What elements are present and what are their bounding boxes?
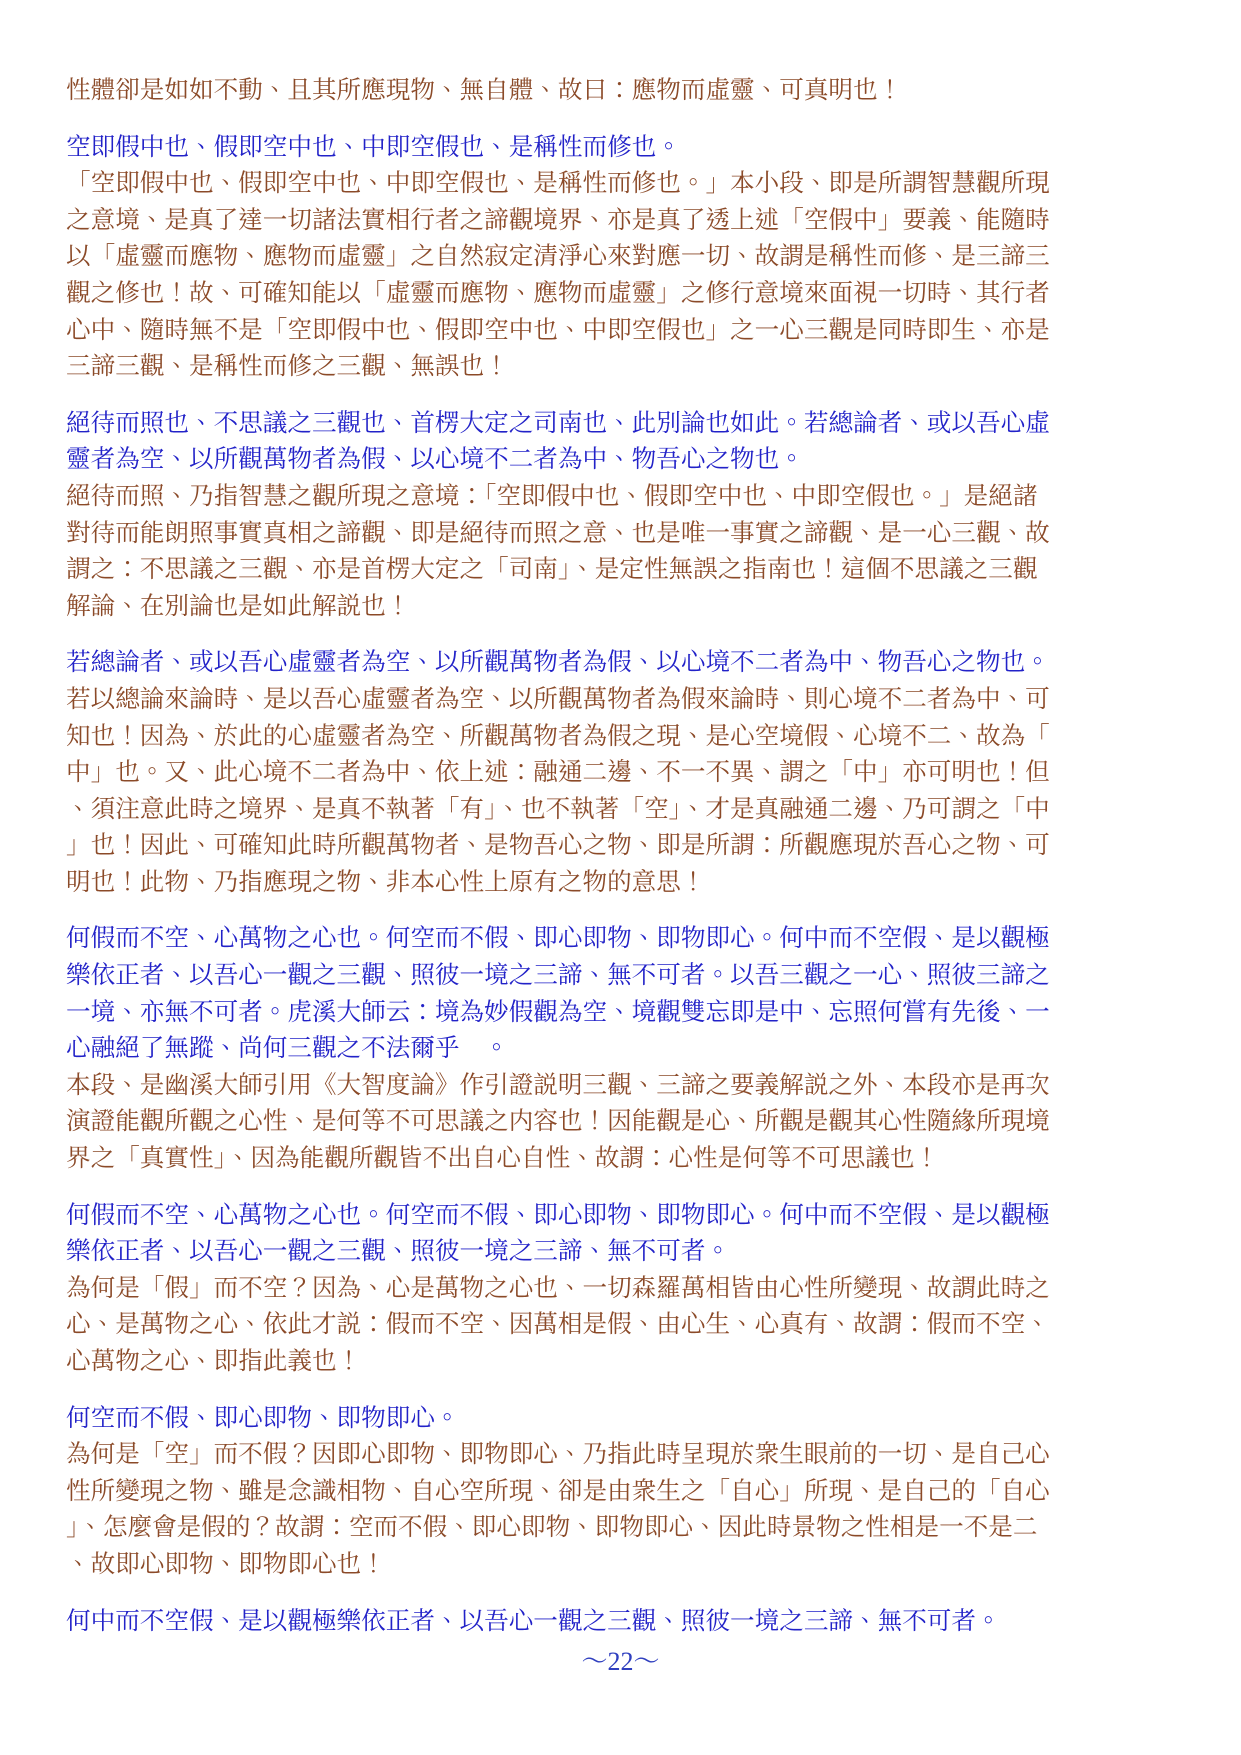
text-line: 以「虛靈而應物、應物而虛靈」之自然寂定清淨心來對應一切、故謂是稱性而修、是三諦三 (66, 238, 1196, 275)
text-line: 性所變現之物、雖是念識相物、自心空所現、卻是由衆生之「自心」所現、是自己的「自心 (66, 1473, 1196, 1510)
text-line: 若總論者、或以吾心虛靈者為空、以所觀萬物者為假、以心境不二者為中、物吾心之物也。 (66, 644, 1196, 681)
text-line: 「空即假中也、假即空中也、中即空假也、是稱性而修也。」本小段、即是所謂智慧觀所現 (66, 165, 1196, 202)
text-line: 心中、隨時無不是「空即假中也、假即空中也、中即空假也」之一心三觀是同時即生、亦是 (66, 312, 1196, 349)
text-segment-commentary: 「空即假中也、假即空中也、中即空假也、是稱性而修也。」本小段、即是所謂智慧觀所現… (66, 165, 1196, 385)
page-number: ～22～ (581, 1647, 659, 1676)
paragraph: 性體卻是如如不動、且其所應現物、無自體、故曰：應物而虛靈、可真明也！ (66, 72, 1196, 109)
text-segment-commentary: 性體卻是如如不動、且其所應現物、無自體、故曰：應物而虛靈、可真明也！ (66, 72, 1196, 109)
text-line: 絕待而照也、不思議之三觀也、首楞大定之司南也、此別論也如此。若總論者、或以吾心虛 (66, 405, 1196, 442)
text-segment-commentary: 為何是「假」而不空？因為、心是萬物之心也、一切森羅萬相皆由心性所變現、故謂此時之… (66, 1270, 1196, 1380)
text-line: 界之「真實性」、因為能觀所觀皆不出自心自性、故謂：心性是何等不可思議也！ (66, 1140, 1196, 1177)
text-segment-commentary: 若以總論來論時、是以吾心虛靈者為空、以所觀萬物者為假來論時、則心境不二者為中、可… (66, 681, 1196, 901)
text-line: 性體卻是如如不動、且其所應現物、無自體、故曰：應物而虛靈、可真明也！ (66, 72, 1196, 109)
text-segment-commentary: 本段、是幽溪大師引用《大智度論》作引證説明三觀、三諦之要義解説之外、本段亦是再次… (66, 1067, 1196, 1177)
text-line: 觀之修也！故、可確知能以「虛靈而應物、應物而虛靈」之修行意境來面視一切時、其行者 (66, 275, 1196, 312)
text-line: 心、是萬物之心、依此才説：假而不空、因萬相是假、由心生、心真有、故謂：假而不空、 (66, 1306, 1196, 1343)
text-line: 為何是「空」而不假？因即心即物、即物即心、乃指此時呈現於衆生眼前的一切、是自己心 (66, 1436, 1196, 1473)
text-line: 中」也。又、此心境不二者為中、依上述：融通二邊、不一不異、謂之「中」亦可明也！但 (66, 754, 1196, 791)
text-line: 空即假中也、假即空中也、中即空假也、是稱性而修也。 (66, 129, 1196, 166)
document-page: 性體卻是如如不動、且其所應現物、無自體、故曰：應物而虛靈、可真明也！空即假中也、… (0, 0, 1241, 1755)
text-line: 」也！因此、可確知此時所觀萬物者、是物吾心之物、即是所謂：所觀應現於吾心之物、可 (66, 827, 1196, 864)
text-line: 絕待而照、乃指智慧之觀所現之意境：「空即假中也、假即空中也、中即空假也。」是絕諸 (66, 478, 1196, 515)
text-line: 之意境、是真了達一切諸法實相行者之諦觀境界、亦是真了透上述「空假中」要義、能隨時 (66, 202, 1196, 239)
paragraph: 若總論者、或以吾心虛靈者為空、以所觀萬物者為假、以心境不二者為中、物吾心之物也。… (66, 644, 1196, 900)
text-line: 」、怎麼會是假的？故謂：空而不假、即心即物、即物即心、因此時景物之性相是一不是二 (66, 1509, 1196, 1546)
paragraph: 空即假中也、假即空中也、中即空假也、是稱性而修也。「空即假中也、假即空中也、中即… (66, 129, 1196, 385)
text-segment-commentary: 為何是「空」而不假？因即心即物、即物即心、乃指此時呈現於衆生眼前的一切、是自己心… (66, 1436, 1196, 1582)
paragraph: 何空而不假、即心即物、即物即心。為何是「空」而不假？因即心即物、即物即心、乃指此… (66, 1400, 1196, 1583)
text-segment-heading: 何中而不空假、是以觀極樂依正者、以吾心一觀之三觀、照彼一境之三諦、無不可者。 (66, 1603, 1196, 1640)
text-line: 何假而不空、心萬物之心也。何空而不假、即心即物、即物即心。何中而不空假、是以觀極 (66, 1197, 1196, 1234)
text-segment-heading: 空即假中也、假即空中也、中即空假也、是稱性而修也。 (66, 129, 1196, 166)
text-line: 本段、是幽溪大師引用《大智度論》作引證説明三觀、三諦之要義解説之外、本段亦是再次 (66, 1067, 1196, 1104)
text-line: 、故即心即物、即物即心也！ (66, 1546, 1196, 1583)
text-segment-heading: 絕待而照也、不思議之三觀也、首楞大定之司南也、此別論也如此。若總論者、或以吾心虛… (66, 405, 1196, 478)
paragraph: 絕待而照也、不思議之三觀也、首楞大定之司南也、此別論也如此。若總論者、或以吾心虛… (66, 405, 1196, 625)
text-segment-commentary: 絕待而照、乃指智慧之觀所現之意境：「空即假中也、假即空中也、中即空假也。」是絕諸… (66, 478, 1196, 624)
paragraph: 何中而不空假、是以觀極樂依正者、以吾心一觀之三觀、照彼一境之三諦、無不可者。 (66, 1603, 1196, 1640)
text-line: 對待而能朗照事實真相之諦觀、即是絕待而照之意、也是唯一事實之諦觀、是一心三觀、故 (66, 515, 1196, 552)
paragraph: 何假而不空、心萬物之心也。何空而不假、即心即物、即物即心。何中而不空假、是以觀極… (66, 1197, 1196, 1380)
text-line: 心萬物之心、即指此義也！ (66, 1343, 1196, 1380)
text-segment-heading: 何假而不空、心萬物之心也。何空而不假、即心即物、即物即心。何中而不空假、是以觀極… (66, 920, 1196, 1066)
text-line: 解論、在別論也是如此解説也！ (66, 588, 1196, 625)
document-content: 性體卻是如如不動、且其所應現物、無自體、故曰：應物而虛靈、可真明也！空即假中也、… (66, 72, 1196, 1659)
text-line: 若以總論來論時、是以吾心虛靈者為空、以所觀萬物者為假來論時、則心境不二者為中、可 (66, 681, 1196, 718)
text-line: 心融絕了無蹤、尚何三觀之不法爾乎 。 (66, 1030, 1196, 1067)
text-line: 樂依正者、以吾心一觀之三觀、照彼一境之三諦、無不可者。以吾三觀之一心、照彼三諦之 (66, 957, 1196, 994)
text-line: 何中而不空假、是以觀極樂依正者、以吾心一觀之三觀、照彼一境之三諦、無不可者。 (66, 1603, 1196, 1640)
text-line: 明也！此物、乃指應現之物、非本心性上原有之物的意思！ (66, 864, 1196, 901)
text-segment-heading: 何假而不空、心萬物之心也。何空而不假、即心即物、即物即心。何中而不空假、是以觀極… (66, 1197, 1196, 1270)
text-segment-heading: 若總論者、或以吾心虛靈者為空、以所觀萬物者為假、以心境不二者為中、物吾心之物也。 (66, 644, 1196, 681)
text-line: 謂之：不思議之三觀、亦是首楞大定之「司南」、是定性無誤之指南也！這個不思議之三觀 (66, 551, 1196, 588)
text-line: 樂依正者、以吾心一觀之三觀、照彼一境之三諦、無不可者。 (66, 1233, 1196, 1270)
page-footer: ～22～ (0, 1641, 1241, 1678)
text-line: 演證能觀所觀之心性、是何等不可思議之内容也！因能觀是心、所觀是觀其心性隨緣所現境 (66, 1103, 1196, 1140)
text-line: 何假而不空、心萬物之心也。何空而不假、即心即物、即物即心。何中而不空假、是以觀極 (66, 920, 1196, 957)
paragraph: 何假而不空、心萬物之心也。何空而不假、即心即物、即物即心。何中而不空假、是以觀極… (66, 920, 1196, 1176)
text-line: 、須注意此時之境界、是真不執著「有」、也不執著「空」、才是真融通二邊、乃可謂之「… (66, 791, 1196, 828)
text-line: 為何是「假」而不空？因為、心是萬物之心也、一切森羅萬相皆由心性所變現、故謂此時之 (66, 1270, 1196, 1307)
text-line: 靈者為空、以所觀萬物者為假、以心境不二者為中、物吾心之物也。 (66, 441, 1196, 478)
text-line: 知也！因為、於此的心虛靈者為空、所觀萬物者為假之現、是心空境假、心境不二、故為「 (66, 718, 1196, 755)
text-segment-heading: 何空而不假、即心即物、即物即心。 (66, 1400, 1196, 1437)
text-line: 三諦三觀、是稱性而修之三觀、無誤也！ (66, 348, 1196, 385)
text-line: 一境、亦無不可者。虎溪大師云：境為妙假觀為空、境觀雙忘即是中、忘照何嘗有先後、一 (66, 994, 1196, 1031)
text-line: 何空而不假、即心即物、即物即心。 (66, 1400, 1196, 1437)
